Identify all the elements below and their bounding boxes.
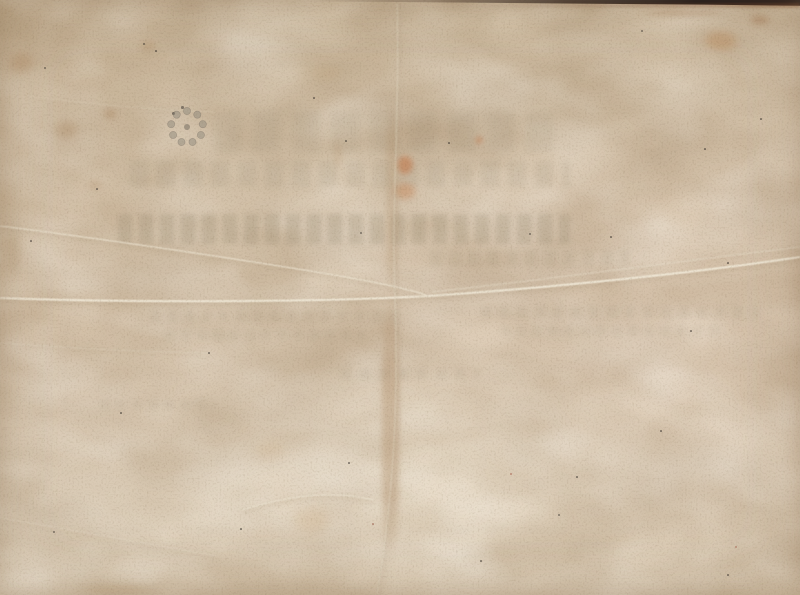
scanned-paper-photo (0, 0, 800, 595)
paper-surface (0, 0, 800, 595)
